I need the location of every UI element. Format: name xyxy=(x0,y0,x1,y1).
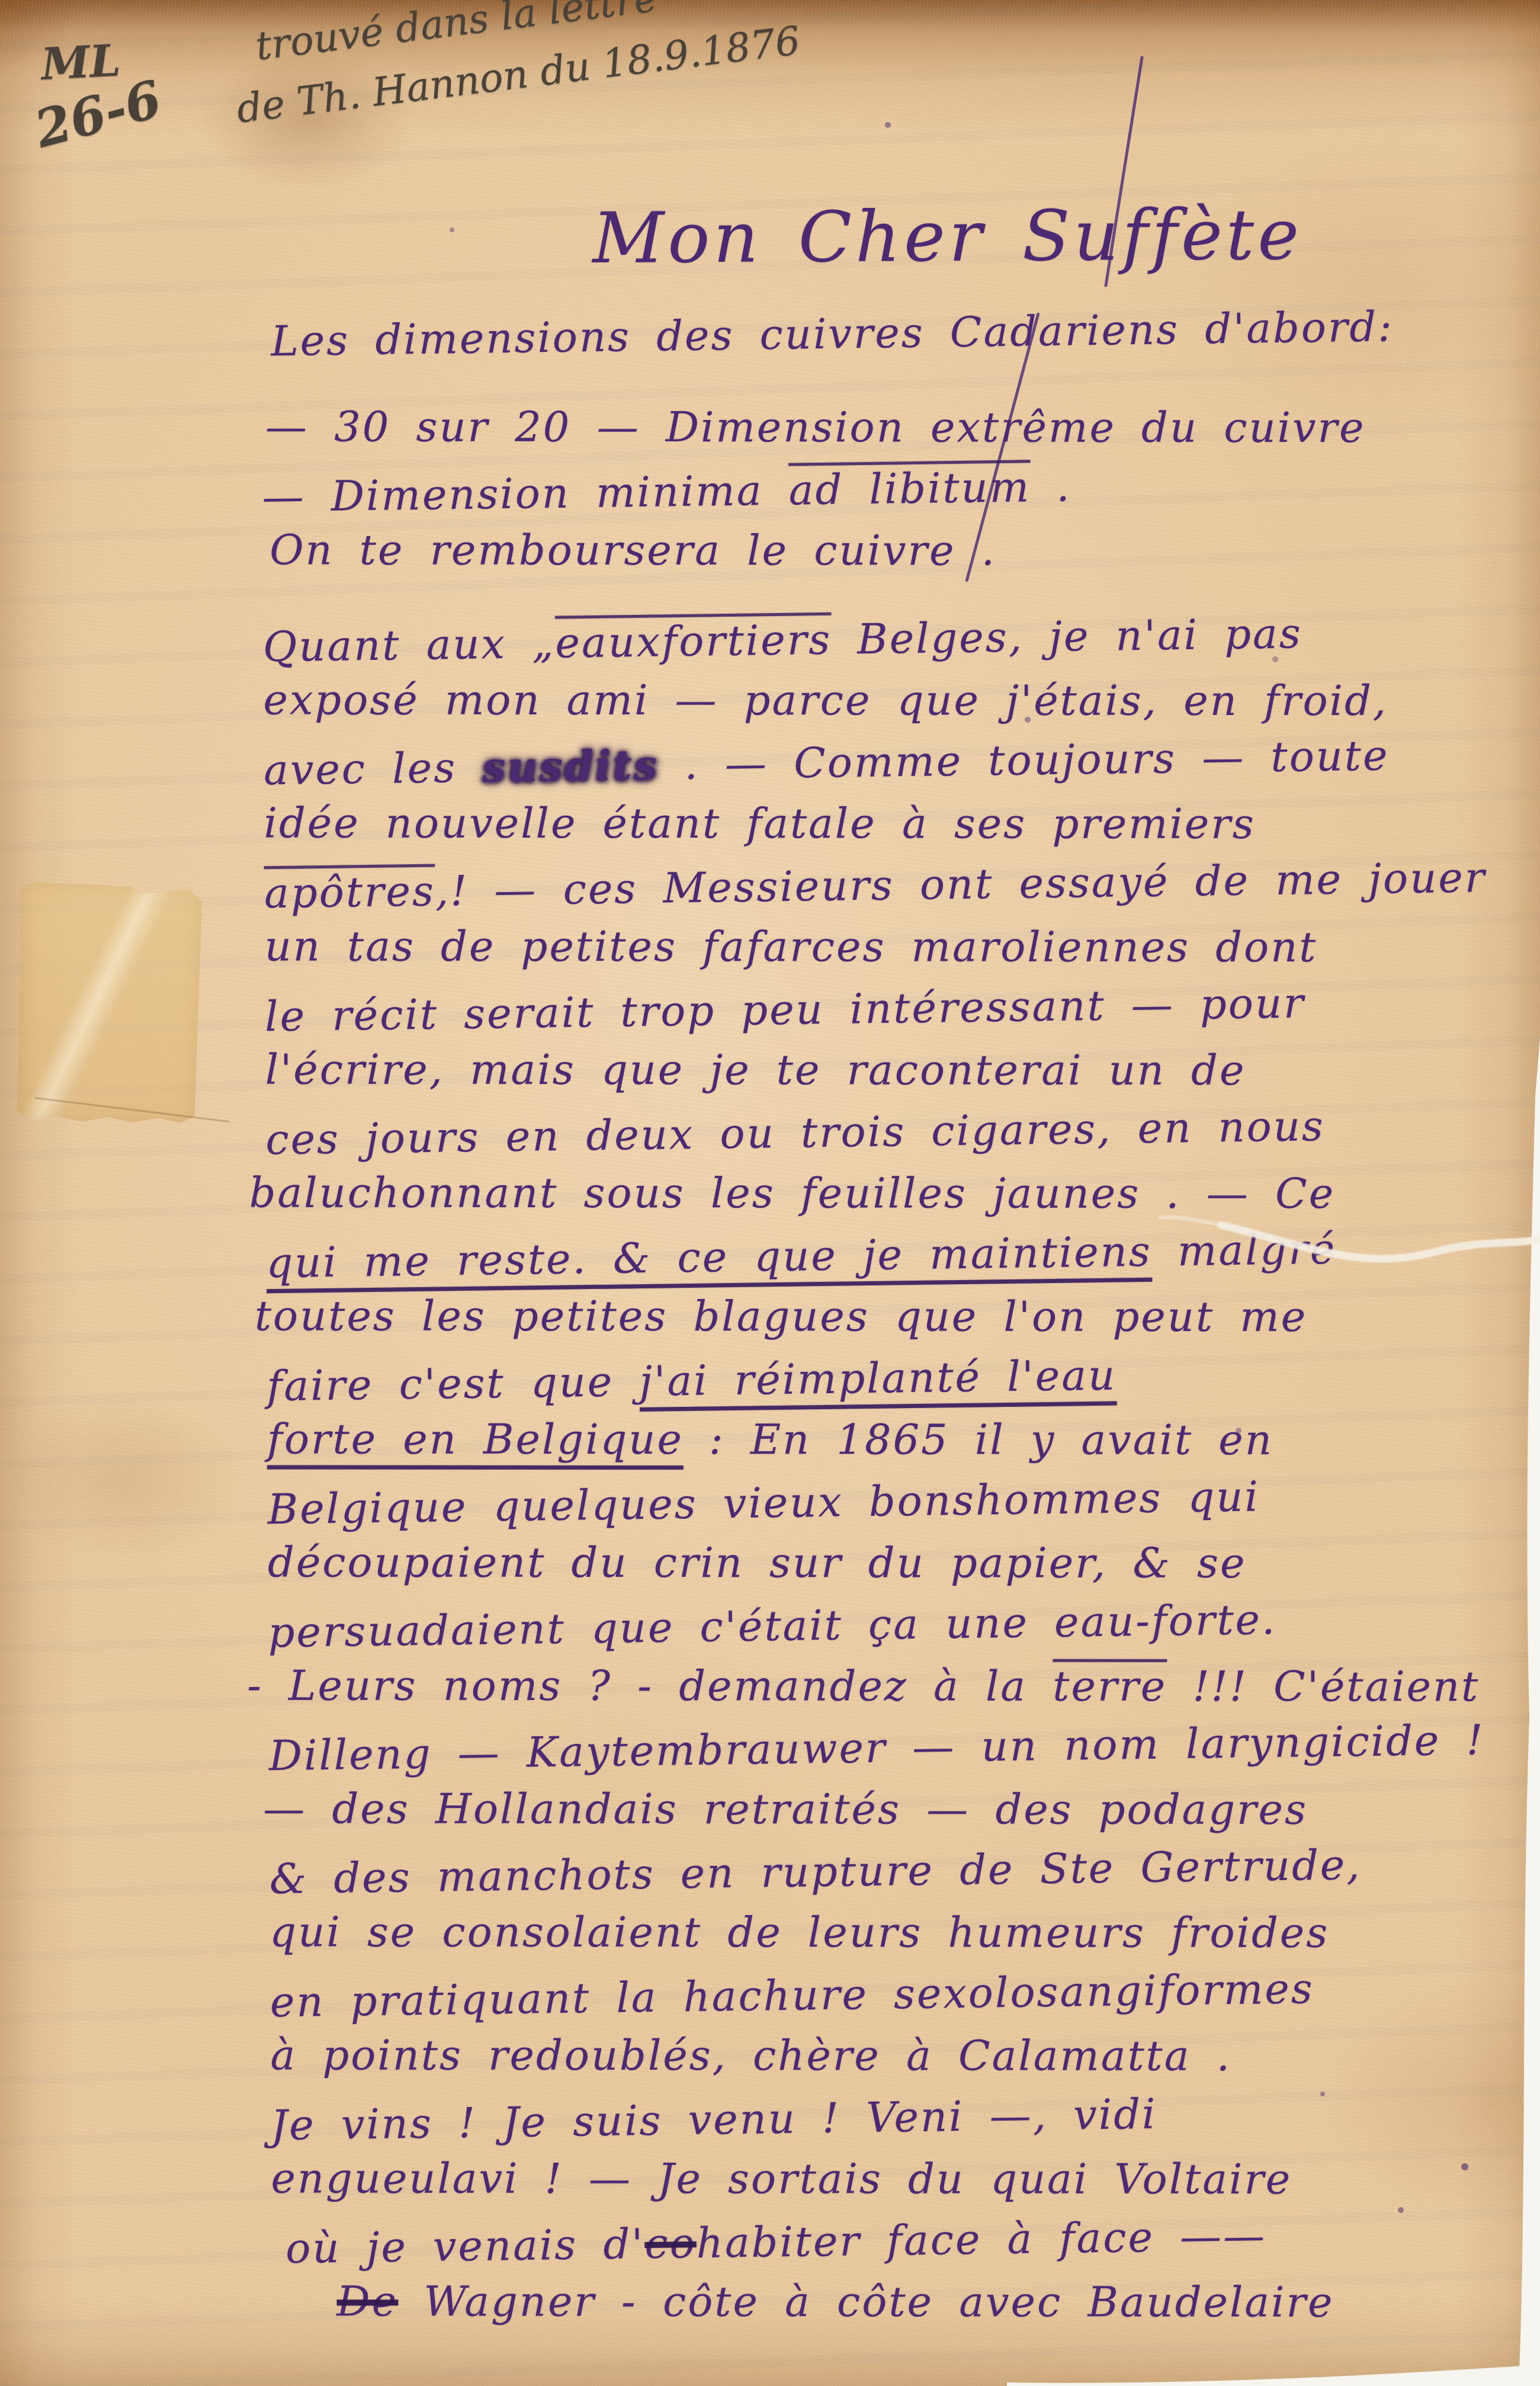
letter-text-segment: Les dimensions des cuivres Cadariens d'a… xyxy=(271,302,1394,365)
letter-text-segment: Je vins ! Je suis venu ! Veni —, vidi xyxy=(271,2090,1157,2150)
letter-line: Dilleng — Kaytembrauwer — un nom laryngi… xyxy=(268,1709,1525,1787)
letter-line: qui se consolaient de leurs humeurs froi… xyxy=(269,1901,1525,1964)
letter-text-segment: On te remboursera le cuivre . xyxy=(269,525,996,575)
letter-text-segment: . — Comme toujours — toute xyxy=(659,731,1390,789)
letter-text-segment: — 30 sur 20 — Dimension extrême du cuivr… xyxy=(265,403,1365,453)
letter-text-segment: avec les xyxy=(264,743,483,794)
letter-text-segment: habiter face à face —— xyxy=(696,2211,1266,2268)
letter-line: à points redoublés, chère à Calamatta . xyxy=(270,2024,1526,2087)
letter-lines: Les dimensions des cuivres Cadariens d'a… xyxy=(261,299,1528,2336)
letter-text-segment: De xyxy=(337,2277,399,2326)
letter-text-segment: ,! — ces Messieurs ont essayé de me joue… xyxy=(435,853,1486,915)
letter-text-segment: qui me reste. & ce que je maintiens xyxy=(266,1227,1152,1288)
letter-line: — des Hollandais retraités — des podagre… xyxy=(263,1778,1525,1841)
letter-text-segment: en pratiquant la hachure sexolosangiform… xyxy=(269,1964,1314,2026)
letter-text-segment: forte en Belgique xyxy=(267,1415,684,1464)
letter-body: Mon Cher Suffète Les dimensions des cuiv… xyxy=(261,189,1528,2336)
letter-text-segment: apôtres xyxy=(264,867,436,918)
letter-text-segment: . xyxy=(1030,462,1071,511)
letter-text-segment: eauxfortiers xyxy=(555,615,832,668)
letter-line: ces jours en deux ou trois cigares, en n… xyxy=(265,1093,1522,1171)
letter-line: - Leurs noms ? - demandez à la terre !!!… xyxy=(247,1655,1524,1718)
letter-line: — 30 sur 20 — Dimension extrême du cuivr… xyxy=(265,396,1517,459)
letter-text-segment: toutes les petites blagues que l'on peut… xyxy=(255,1292,1307,1342)
letter-text-segment: baluchonnant sous les feuilles jaunes . … xyxy=(249,1169,1335,1218)
letter-line: idée nouvelle étant fatale à ses premier… xyxy=(264,793,1520,855)
letter-text-segment: Dilleng — Kaytembrauwer — un nom laryngi… xyxy=(268,1715,1485,1780)
letter-line: découpaient du crin sur du papier, & se xyxy=(268,1531,1523,1594)
letter-line: apôtres,! — ces Messieurs ont essayé de … xyxy=(264,846,1520,925)
letter-text-segment: Belges, je n'ai pas xyxy=(831,609,1302,663)
letter-text-segment: Belgique quelques vieux bonshommes qui xyxy=(267,1472,1260,1534)
letter-line: toutes les petites blagues que l'on peut… xyxy=(255,1285,1522,1348)
letter-line: De Wagner - côte à côte avec Baudelaire xyxy=(337,2270,1528,2333)
letter-text-segment: susdits xyxy=(482,740,659,792)
letter-line: exposé mon ami — parce que j'étais, en f… xyxy=(263,669,1519,732)
letter-line: l'écrire, mais que je te raconterai un d… xyxy=(265,1039,1521,1102)
letter-line: qui me reste. & ce que je maintiens malg… xyxy=(266,1216,1522,1294)
letter-text-segment: ces jours en deux ou trois cigares, en n… xyxy=(265,1102,1325,1164)
letter-text-segment: à points redoublés, chère à Calamatta . xyxy=(270,2031,1231,2080)
letter-line: engueulavi ! — Je sortais du quai Voltai… xyxy=(271,2147,1527,2210)
letter-text-segment: exposé mon ami — parce que j'étais, en f… xyxy=(263,676,1388,726)
letter-text-segment: engueulavi ! — Je sortais du quai Voltai… xyxy=(271,2154,1292,2204)
letter-line: le récit serait trop peu intéressant — p… xyxy=(265,970,1521,1048)
shelfmark-annotation: ML 26-6 xyxy=(40,36,163,144)
letter-text-segment: persuadaient que c'était ça une eau-fort… xyxy=(268,1595,1277,1657)
letter-text-segment: : En 1865 il y avait en xyxy=(684,1415,1273,1464)
letter-text-segment: un tas de petites fafarces maroliennes d… xyxy=(265,922,1318,972)
letter-text-segment: le récit serait trop peu intéressant — p… xyxy=(265,979,1305,1041)
letter-text-segment: & des manchots en rupture de Ste Gertrud… xyxy=(269,1840,1361,1903)
letter-line: On te remboursera le cuivre . xyxy=(269,519,1518,582)
letter-line: Les dimensions des cuivres Cadariens d'a… xyxy=(271,294,1517,373)
letter-line: baluchonnant sous les feuilles jaunes . … xyxy=(249,1162,1522,1225)
letter-line: un tas de petites fafarces maroliennes d… xyxy=(265,916,1520,979)
letter-text-segment: qui se consolaient de leurs humeurs froi… xyxy=(269,1907,1329,1957)
letter-text-segment: Quant aux „ xyxy=(262,619,556,671)
letter-text-segment: j'ai réimplanté l'eau xyxy=(639,1351,1117,1406)
letter-line: Quant aux „eauxfortiers Belges, je n'ai … xyxy=(262,600,1519,678)
letter-text-segment: faire c'est que xyxy=(267,1357,640,1410)
letter-line: Je vins ! Je suis venu ! Veni —, vidi xyxy=(270,2079,1526,2157)
letter-line: faire c'est que j'ai réimplanté l'eau xyxy=(267,1339,1523,1418)
letter-line: persuadaient que c'était ça une eau-fort… xyxy=(268,1586,1524,1664)
letter-text-segment: terre xyxy=(1053,1662,1167,1711)
ink-speck-cluster xyxy=(0,0,4,4)
letter-text-segment: ad libitum xyxy=(788,463,1031,514)
letter-line: avec les susdits . — Comme toujours — to… xyxy=(263,723,1519,801)
scan-edge-bottom xyxy=(1007,2365,1540,2386)
letter-text-segment: — des Hollandais retraités — des podagre… xyxy=(263,1785,1308,1835)
letter-line: — Dimension minima ad libitum . xyxy=(262,450,1518,528)
letter-text-segment: découpaient du crin sur du papier, & se xyxy=(268,1538,1246,1587)
letter-text-segment: — Dimension minima xyxy=(262,466,789,522)
tape-patch xyxy=(17,882,203,1123)
letter-text-segment: idée nouvelle étant fatale à ses premier… xyxy=(264,799,1256,848)
salutation-line: Mon Cher Suffète xyxy=(592,189,1517,283)
letter-line: forte en Belgique : En 1865 il y avait e… xyxy=(267,1408,1523,1471)
letter-text-segment: Wagner - côte à côte avec Baudelaire xyxy=(398,2277,1334,2326)
letter-line: & des manchots en rupture de Ste Gertrud… xyxy=(269,1832,1525,1910)
letter-text-segment: l'écrire, mais que je te raconterai un d… xyxy=(265,1046,1246,1095)
letter-line: en pratiquant la hachure sexolosangiform… xyxy=(269,1955,1526,2034)
page-paper: ML 26-6 trouvé dans la lettre de Th. Han… xyxy=(0,0,1540,2386)
letter-text-segment: malgré xyxy=(1151,1225,1336,1276)
letter-text-segment: - Leurs noms ? - demandez à la xyxy=(247,1662,1053,1711)
letter-text-segment: !!! C'étaient xyxy=(1167,1662,1480,1711)
letter-text-segment: co xyxy=(644,2219,697,2268)
letter-line: Belgique quelques vieux bonshommes qui xyxy=(267,1463,1523,1541)
letter-text-segment: où je venais d' xyxy=(285,2220,645,2273)
letter-line: où je venais d'cohabiter face à face —— xyxy=(285,2202,1528,2279)
